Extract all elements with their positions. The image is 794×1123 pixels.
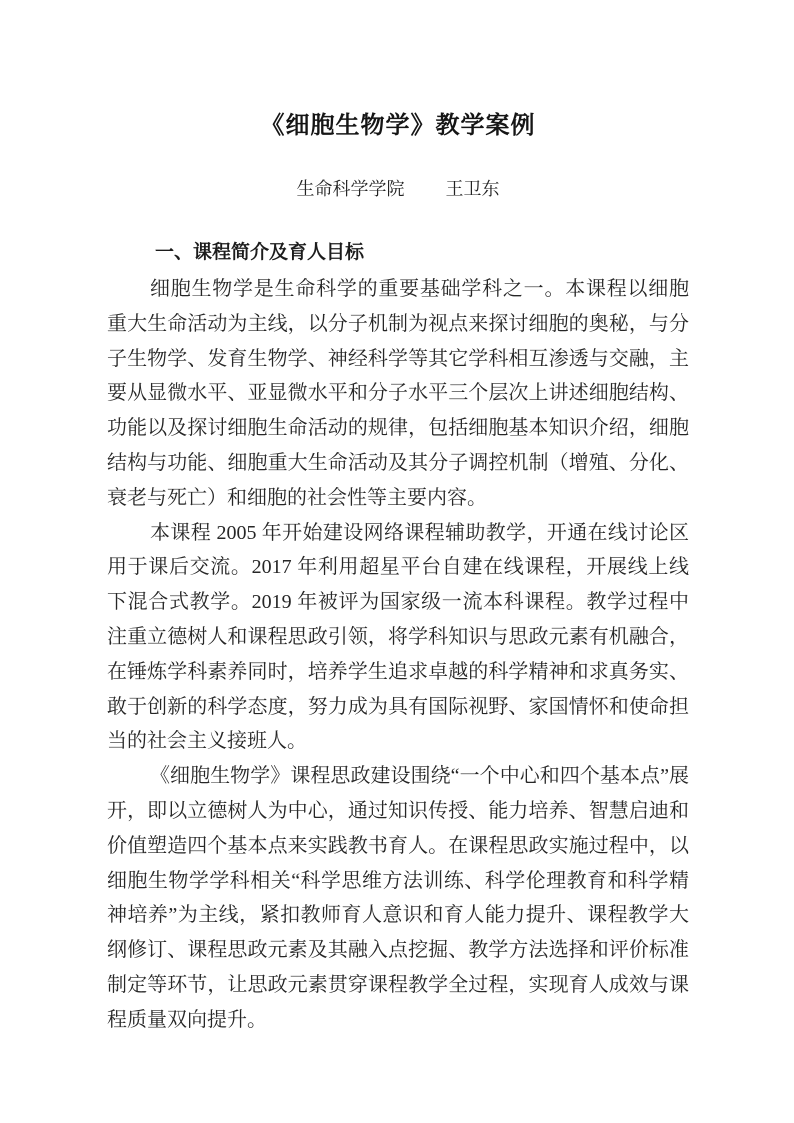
document-title: 《细胞生物学》教学案例 <box>107 110 689 142</box>
section-heading: 一、课程简介及育人目标 <box>155 240 689 266</box>
byline: 生命科学学院 王卫东 <box>107 176 689 202</box>
byline-author: 王卫东 <box>446 176 500 202</box>
body-paragraph-3: 《细胞生物学》课程思政建设围绕“一个中心和四个基本点”展开，即以立德树人为中心，… <box>107 759 689 1037</box>
document-page: 《细胞生物学》教学案例 生命科学学院 王卫东 一、课程简介及育人目标 细胞生物学… <box>0 0 794 1123</box>
byline-department: 生命科学学院 <box>296 176 404 202</box>
page-content: 《细胞生物学》教学案例 生命科学学院 王卫东 一、课程简介及育人目标 细胞生物学… <box>107 0 689 1038</box>
section-body: 细胞生物学是生命科学的重要基础学科之一。本课程以细胞重大生命活动为主线，以分子机… <box>107 272 689 1038</box>
body-paragraph-2: 本课程 2005 年开始建设网络课程辅助教学，开通在线讨论区用于课后交流。201… <box>107 516 689 760</box>
body-paragraph-1: 细胞生物学是生命科学的重要基础学科之一。本课程以细胞重大生命活动为主线，以分子机… <box>107 272 689 516</box>
